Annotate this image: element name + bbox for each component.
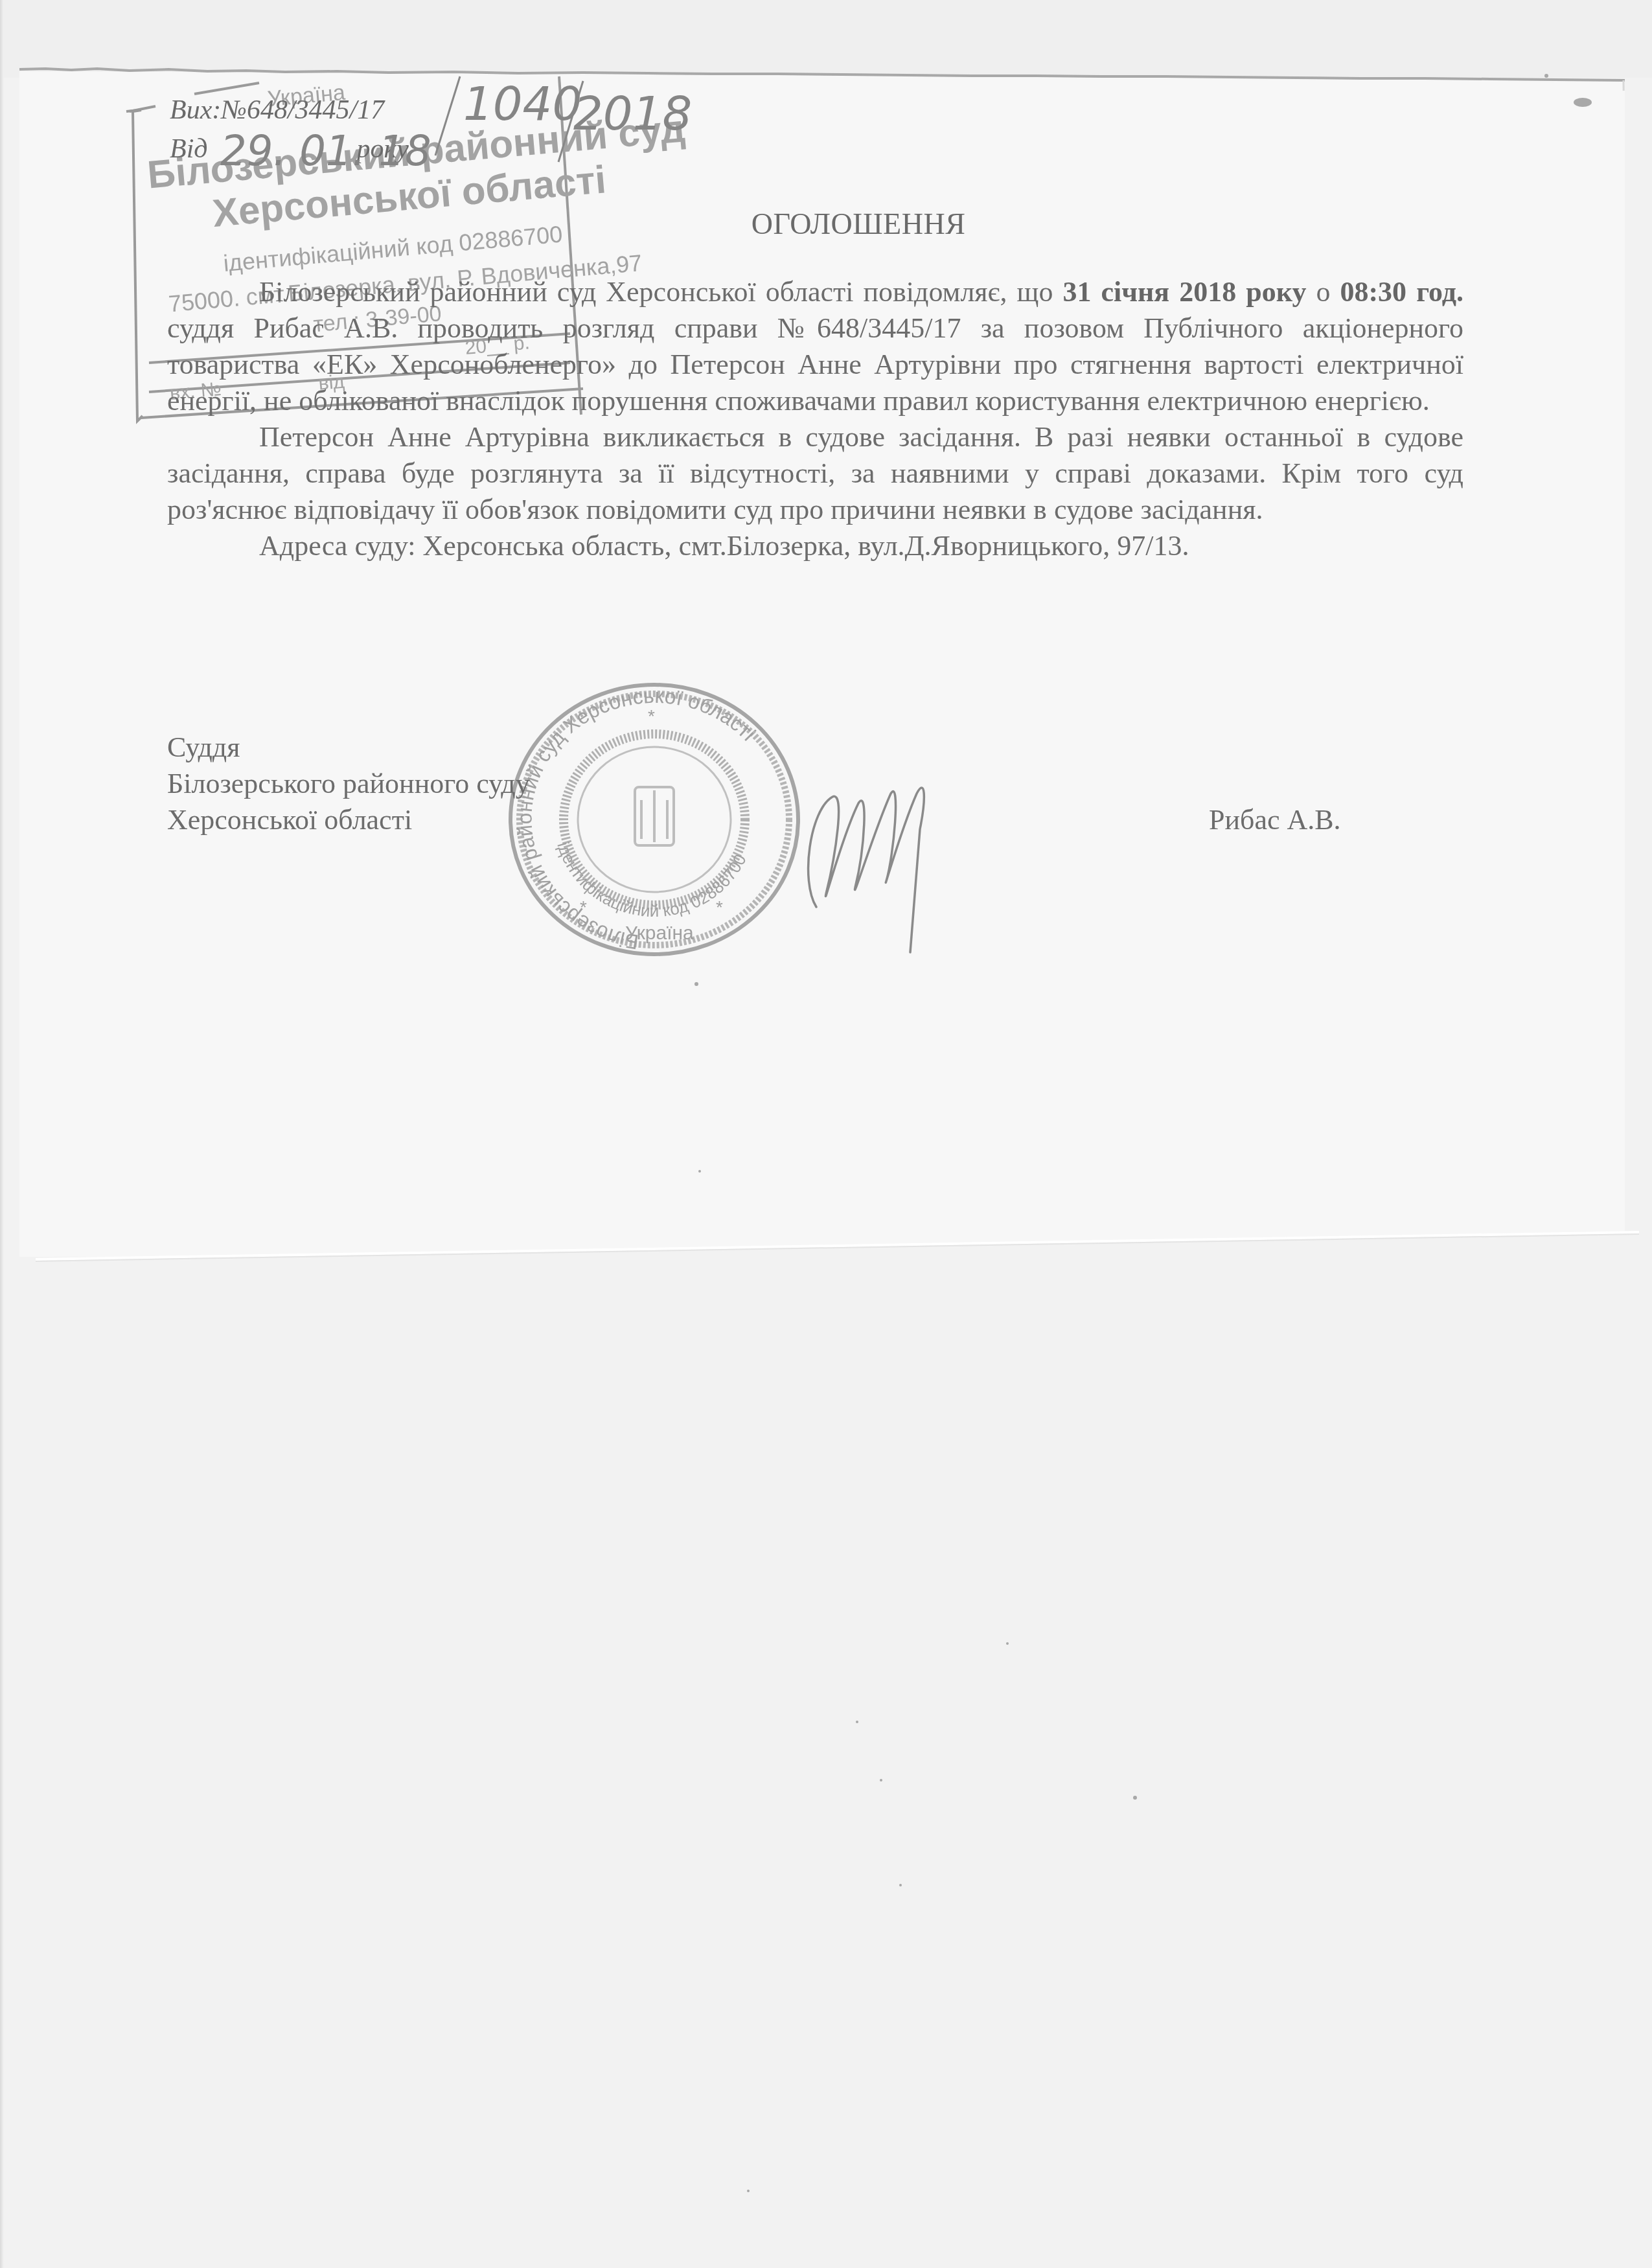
hearing-time: 08:30 год. bbox=[1340, 276, 1463, 308]
scan-top-strip bbox=[0, 0, 1652, 78]
hearing-date: 31 січня 2018 року bbox=[1062, 276, 1306, 308]
signer-region: Херсонської області bbox=[167, 802, 530, 838]
paragraph-court-address: Адреса суду: Херсонська область, смт.Біл… bbox=[167, 528, 1463, 564]
outgoing-date-label: Від bbox=[170, 134, 208, 164]
document-title: ОГОЛОШЕННЯ bbox=[0, 205, 1652, 244]
paragraph-1-text-start: Білозерський районний суд Херсонської об… bbox=[259, 276, 1062, 308]
paragraph-1-text-mid: о bbox=[1306, 276, 1340, 308]
signature-block: Суддя Білозерського районного суду Херсо… bbox=[167, 729, 530, 838]
scan-left-shadow bbox=[0, 0, 4, 2268]
judge-name: Рибас А.В. bbox=[1209, 802, 1341, 838]
signer-court: Білозерського районного суду bbox=[167, 766, 530, 802]
paragraph-1-text-end: суддя Рибас А.В. проводить розгляд справ… bbox=[167, 312, 1463, 417]
paragraph-hearing-notice: Білозерський районний суд Херсонської об… bbox=[167, 274, 1463, 419]
paper-sheet bbox=[19, 71, 1625, 1257]
notice-body: Білозерський районний суд Херсонської об… bbox=[167, 274, 1463, 564]
signer-title: Суддя bbox=[167, 729, 530, 766]
paragraph-summons: Петерсон Анне Артурівна викликається в с… bbox=[167, 419, 1463, 528]
outgoing-year-word: року bbox=[357, 134, 409, 164]
outgoing-date-row: Відроку bbox=[170, 130, 409, 168]
outgoing-number-block: Вих:№648/3445/17 Відроку bbox=[170, 91, 409, 168]
outgoing-number: Вих:№648/3445/17 bbox=[170, 91, 409, 130]
